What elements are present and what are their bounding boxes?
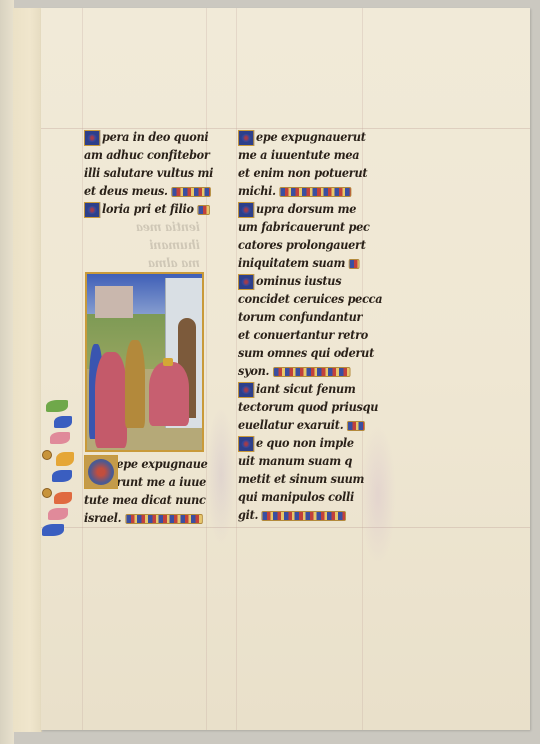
ruling-line	[82, 8, 83, 730]
text-line: illi salutare vultus mi	[84, 164, 194, 182]
text-line: am adhuc confitebor	[84, 146, 194, 164]
text-line: iniquitatem suam	[238, 254, 350, 272]
illuminated-initial	[84, 202, 100, 218]
text-line: sum omnes qui oderut	[238, 344, 350, 362]
line-text: pera in deo quoni	[102, 129, 208, 144]
text-line: torum confundantur	[238, 308, 350, 326]
bleed-through-decoration	[206, 405, 236, 545]
text-line: euellatur exaruit.	[238, 416, 350, 434]
line-text: epe expugnaue	[116, 456, 207, 471]
line-text: tectorum quod priusqu	[238, 399, 378, 414]
text-line: um fabricauerunt pec	[238, 218, 350, 236]
gold-dot	[42, 488, 52, 498]
line-filler	[279, 187, 351, 197]
line-text: tute mea dicat nunc	[84, 492, 206, 507]
miniature-castle	[95, 286, 133, 318]
line-text: ominus iustus	[256, 273, 341, 288]
previous-leaf-edge	[0, 0, 14, 744]
line-text: uit manum suam q	[238, 453, 352, 468]
left-column-top: pera in deo quoni am adhuc confitebor il…	[84, 128, 206, 272]
line-text: metit et sinum suum	[238, 471, 364, 486]
line-text: michi.	[238, 183, 276, 198]
line-text: me a iuuentute mea	[238, 147, 359, 162]
line-text: loria pri et filio	[102, 201, 194, 216]
line-filler	[349, 259, 360, 269]
binding-gutter	[13, 8, 42, 732]
text-line: tute mea dicat nunc	[84, 491, 194, 509]
acanthus-leaf	[52, 470, 72, 482]
figure-red-robe	[95, 352, 127, 448]
bleed-text: ihumani	[150, 237, 200, 252]
text-line: catores prolongauert	[238, 236, 350, 254]
text-line: e quo non imple	[238, 434, 350, 452]
large-illuminated-initial	[84, 455, 118, 489]
acanthus-leaf	[50, 432, 70, 444]
text-line: ominus iustus	[238, 272, 350, 290]
line-text: euellatur exaruit.	[238, 417, 343, 432]
gold-dot	[42, 450, 52, 460]
ruling-line	[362, 8, 363, 730]
text-line: syon.	[238, 362, 350, 380]
miniature-painting	[85, 272, 204, 452]
text-line: iant sicut fenum	[238, 380, 350, 398]
line-text: runt me a iuue	[116, 474, 206, 489]
line-text: upra dorsum me	[256, 201, 356, 216]
illuminated-initial	[238, 436, 254, 452]
right-column: epe expugnauerut me a iuuentute mea et e…	[238, 128, 362, 524]
text-line: git.	[238, 506, 350, 524]
marginal-foliage-border	[42, 398, 80, 540]
line-filler	[262, 511, 347, 521]
acanthus-leaf	[46, 400, 68, 412]
figure-gold-robe	[125, 340, 145, 428]
text-line: concidet ceruices pecca	[238, 290, 350, 308]
text-line: michi.	[238, 182, 350, 200]
line-text: catores prolongauert	[238, 237, 366, 252]
text-line: epe expugnauerut	[238, 128, 350, 146]
line-text: um fabricauerunt pec	[238, 219, 370, 234]
line-text: am adhuc confitebor	[84, 147, 210, 162]
bleed-through-line: ma alma	[90, 254, 200, 272]
line-text: epe expugnauerut	[256, 129, 366, 144]
line-text: syon.	[238, 363, 269, 378]
figure-kneeling-king	[149, 362, 189, 426]
line-filler	[273, 367, 350, 377]
text-line: pera in deo quoni	[84, 128, 194, 146]
line-text: illi salutare vultus mi	[84, 165, 213, 180]
line-text: git.	[238, 507, 258, 522]
bleed-text: ma alma	[148, 255, 200, 270]
line-text: iniquitatem suam	[238, 255, 345, 270]
illuminated-initial	[84, 130, 100, 146]
bleed-text: ientia mea	[136, 219, 200, 234]
line-text: et deus meus.	[84, 183, 168, 198]
line-text: qui manipulos colli	[238, 489, 354, 504]
acanthus-leaf	[54, 492, 72, 504]
text-line: qui manipulos colli	[238, 488, 350, 506]
text-line: et conuertantur retro	[238, 326, 350, 344]
acanthus-leaf	[54, 416, 72, 428]
line-text: et enim non potuerut	[238, 165, 367, 180]
crown-icon	[163, 358, 173, 366]
ruling-line	[236, 8, 237, 730]
bleed-through-decoration	[360, 425, 396, 565]
text-line: israel.	[84, 509, 194, 527]
line-text: concidet ceruices pecca	[238, 291, 382, 306]
illuminated-initial	[238, 202, 254, 218]
text-line: loria pri et filio	[84, 200, 194, 218]
line-text: et conuertantur retro	[238, 327, 368, 342]
text-line: metit et sinum suum	[238, 470, 350, 488]
line-filler	[171, 187, 211, 197]
text-line: me a iuuentute mea	[238, 146, 350, 164]
illuminated-initial	[238, 130, 254, 146]
text-line: tectorum quod priusqu	[238, 398, 350, 416]
line-text: torum confundantur	[238, 309, 362, 324]
line-text: e quo non imple	[256, 435, 354, 450]
acanthus-leaf	[56, 452, 74, 466]
bleed-through-line: ientia mea	[90, 218, 200, 236]
text-line: uit manum suam q	[238, 452, 350, 470]
illuminated-initial	[238, 274, 254, 290]
line-text: sum omnes qui oderut	[238, 345, 374, 360]
line-filler	[197, 205, 210, 215]
text-line: et deus meus.	[84, 182, 194, 200]
illuminated-initial	[238, 382, 254, 398]
line-filler	[125, 514, 202, 524]
line-text: iant sicut fenum	[256, 381, 356, 396]
text-line: upra dorsum me	[238, 200, 350, 218]
line-text: israel.	[84, 510, 121, 525]
bleed-through-line: ihumani	[90, 236, 200, 254]
text-line: et enim non potuerut	[238, 164, 350, 182]
acanthus-leaf	[48, 508, 68, 520]
ruling-line	[206, 8, 207, 730]
acanthus-leaf	[42, 524, 64, 536]
ruling-line	[41, 527, 530, 528]
